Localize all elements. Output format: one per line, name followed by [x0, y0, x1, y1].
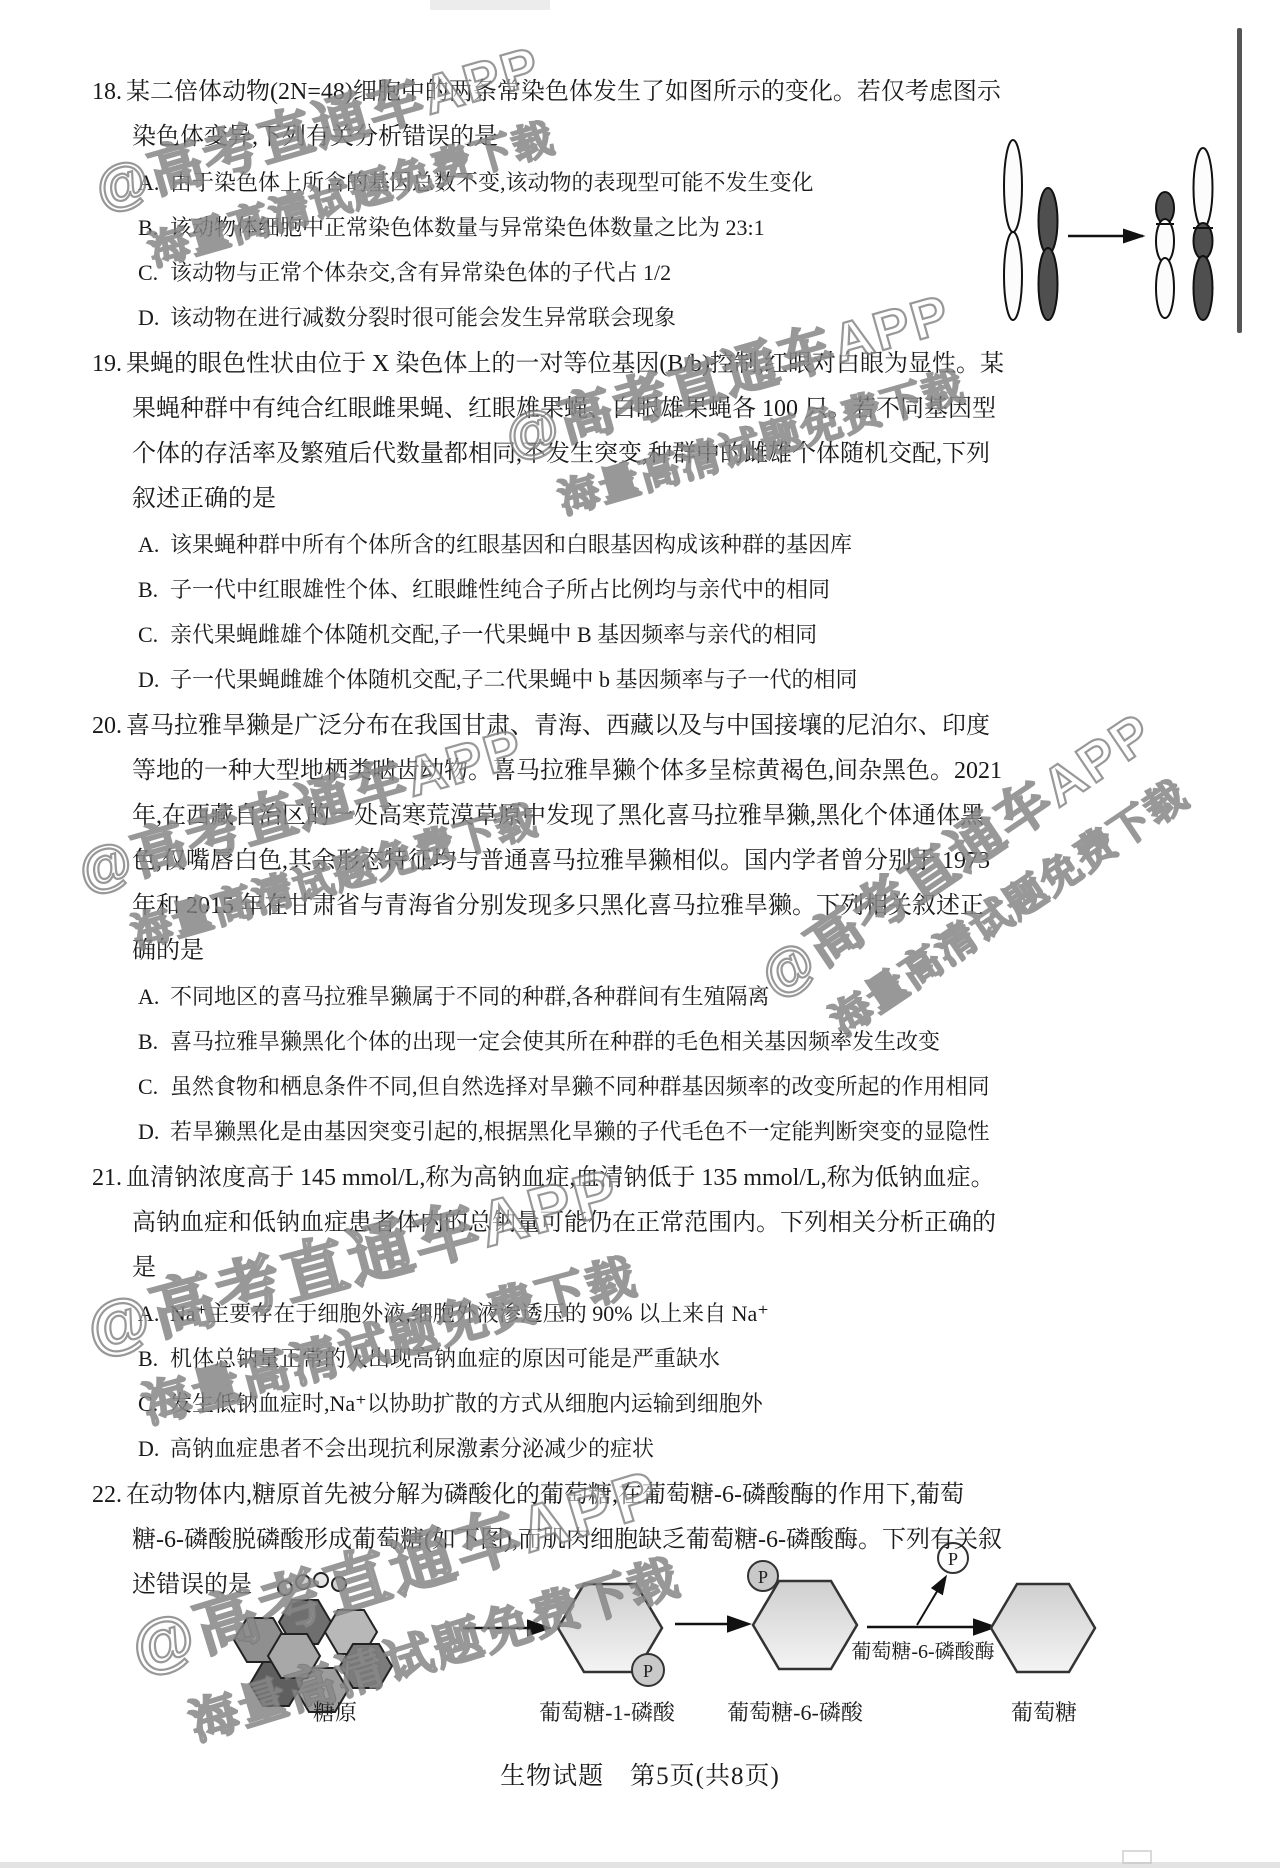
option-label: B.	[138, 205, 158, 250]
option-text: Na⁺主要存在于细胞外液,细胞外液渗透压的 90% 以上来自 Na⁺	[170, 1301, 769, 1326]
question-22: 22.在动物体内,糖原首先被分解为磷酸化的葡萄糖,在葡萄糖-6-磷酸酶的作用下,…	[92, 1473, 1004, 1608]
option-21-a: A.Na⁺主要存在于细胞外液,细胞外液渗透压的 90% 以上来自 Na⁺	[138, 1291, 1004, 1336]
question-stem-text: 在动物体内,糖原首先被分解为磷酸化的葡萄糖,在葡萄糖-6-磷酸酶的作用下,葡萄糖…	[126, 1482, 1002, 1598]
option-label: A.	[138, 974, 159, 1019]
option-19-c: C.亲代果蝇雌雄个体随机交配,子一代果蝇中 B 基因频率与亲代的相同	[138, 612, 1004, 657]
option-label: A.	[138, 1291, 159, 1336]
normal-chromosome-long	[1004, 140, 1022, 320]
option-text: 子一代果蝇雌雄个体随机交配,子二代果蝇中 b 基因频率与子一代的相同	[170, 667, 858, 692]
question-21: 21.血清钠浓度高于 145 mmol/L,称为高钠血症,血清钠低于 135 m…	[92, 1156, 1004, 1471]
question-number: 22.	[92, 1482, 122, 1508]
option-18-a: A.由于染色体上所含的基因总数不变,该动物的表现型可能不发生变化	[138, 160, 830, 205]
glucose-label: 葡萄糖	[1011, 1700, 1077, 1725]
option-18-b: B.该动物体细胞中正常染色体数量与异常染色体数量之比为 23:1	[138, 205, 830, 250]
translocated-chromosome-long	[1193, 148, 1213, 320]
option-label: B.	[138, 1336, 158, 1381]
chromosome-translocation-figure	[993, 136, 1238, 326]
glycogen-label: 糖原	[313, 1700, 357, 1725]
question-21-options: A.Na⁺主要存在于细胞外液,细胞外液渗透压的 90% 以上来自 Na⁺ B.机…	[92, 1291, 1004, 1471]
question-18: 18.某二倍体动物(2N=48)细胞中的两条常染色体发生了如图所示的变化。若仅考…	[92, 70, 1004, 340]
option-label: D.	[138, 1426, 159, 1471]
question-number: 18.	[92, 79, 122, 105]
question-20-stem: 20.喜马拉雅旱獭是广泛分布在我国甘肃、青海、西藏以及与中国接壤的尼泊尔、印度等…	[92, 704, 1004, 974]
option-text: 发生低钠血症时,Na⁺以协助扩散的方式从细胞内运输到细胞外	[170, 1391, 763, 1416]
option-text: 亲代果蝇雌雄个体随机交配,子一代果蝇中 B 基因频率与亲代的相同	[170, 622, 817, 647]
option-text: 若旱獭黑化是由基因突变引起的,根据黑化旱獭的子代毛色不一定能判断突变的显隐性	[170, 1119, 990, 1144]
question-18-stem: 18.某二倍体动物(2N=48)细胞中的两条常染色体发生了如图所示的变化。若仅考…	[92, 70, 1004, 160]
question-stem-text: 喜马拉雅旱獭是广泛分布在我国甘肃、青海、西藏以及与中国接壤的尼泊尔、印度等地的一…	[126, 713, 1002, 964]
option-label: A.	[138, 522, 159, 567]
option-label: C.	[138, 1064, 158, 1109]
option-label: C.	[138, 612, 158, 657]
question-number: 20.	[92, 713, 122, 739]
option-19-a: A.该果蝇种群中所有个体所含的红眼基因和白眼基因构成该种群的基因库	[138, 522, 1004, 567]
option-label: C.	[138, 1381, 158, 1426]
scan-edge-line	[1237, 28, 1242, 333]
question-20: 20.喜马拉雅旱獭是广泛分布在我国甘肃、青海、西藏以及与中国接壤的尼泊尔、印度等…	[92, 704, 1004, 1154]
option-19-d: D.子一代果蝇雌雄个体随机交配,子二代果蝇中 b 基因频率与子一代的相同	[138, 657, 1004, 702]
option-text: 该果蝇种群中所有个体所含的红眼基因和白眼基因构成该种群的基因库	[170, 532, 852, 557]
question-19-options: A.该果蝇种群中所有个体所含的红眼基因和白眼基因构成该种群的基因库 B.子一代中…	[92, 522, 1004, 702]
option-18-c: C.该动物与正常个体杂交,含有异常染色体的子代占 1/2	[138, 250, 830, 295]
glucose-1-phosphate-label: 葡萄糖-1-磷酸	[539, 1700, 676, 1725]
question-20-options: A.不同地区的喜马拉雅旱獭属于不同的种群,各种群间有生殖隔离 B.喜马拉雅旱獭黑…	[92, 974, 1004, 1154]
scan-smudge	[430, 0, 550, 10]
option-label: B.	[138, 567, 158, 612]
page-footer: 生物试题 第5页(共8页)	[0, 1756, 1280, 1792]
option-text: 不同地区的喜马拉雅旱獭属于不同的种群,各种群间有生殖隔离	[170, 984, 770, 1009]
glucose-hexagon	[991, 1584, 1095, 1672]
option-18-d: D.该动物在进行减数分裂时很可能会发生异常联会现象	[138, 295, 830, 340]
exam-page: 18.某二倍体动物(2N=48)细胞中的两条常染色体发生了如图所示的变化。若仅考…	[0, 0, 1280, 1868]
option-label: D.	[138, 1109, 159, 1154]
option-19-b: B.子一代中红眼雄性个体、红眼雌性纯合子所占比例均与亲代中的相同	[138, 567, 1004, 612]
question-22-stem: 22.在动物体内,糖原首先被分解为磷酸化的葡萄糖,在葡萄糖-6-磷酸酶的作用下,…	[92, 1473, 1004, 1608]
option-label: A.	[138, 160, 159, 205]
option-label: B.	[138, 1019, 158, 1064]
question-18-options: A.由于染色体上所含的基因总数不变,该动物的表现型可能不发生变化 B.该动物体细…	[92, 160, 1004, 340]
question-stem-text: 某二倍体动物(2N=48)细胞中的两条常染色体发生了如图所示的变化。若仅考虑图示…	[126, 79, 1001, 150]
option-text: 该动物体细胞中正常染色体数量与异常染色体数量之比为 23:1	[170, 215, 765, 240]
question-21-stem: 21.血清钠浓度高于 145 mmol/L,称为高钠血症,血清钠低于 135 m…	[92, 1156, 1004, 1291]
option-21-c: C.发生低钠血症时,Na⁺以协助扩散的方式从细胞内运输到细胞外	[138, 1381, 1004, 1426]
question-19: 19.果蝇的眼色性状由位于 X 染色体上的一对等位基因(B/b)控制,红眼对白眼…	[92, 342, 1004, 702]
question-number: 21.	[92, 1165, 122, 1191]
option-20-a: A.不同地区的喜马拉雅旱獭属于不同的种群,各种群间有生殖隔离	[138, 974, 1004, 1019]
question-stem-text: 血清钠浓度高于 145 mmol/L,称为高钠血症,血清钠低于 135 mmol…	[126, 1165, 996, 1281]
option-21-d: D.高钠血症患者不会出现抗利尿激素分泌减少的症状	[138, 1426, 1004, 1471]
option-text: 子一代中红眼雄性个体、红眼雌性纯合子所占比例均与亲代中的相同	[170, 577, 830, 602]
option-text: 高钠血症患者不会出现抗利尿激素分泌减少的症状	[170, 1436, 654, 1461]
translocated-chromosome-short	[1156, 192, 1174, 318]
option-text: 虽然食物和栖息条件不同,但自然选择对旱獭不同种群基因频率的改变所起的作用相同	[170, 1074, 990, 1099]
question-list: 18.某二倍体动物(2N=48)细胞中的两条常染色体发生了如图所示的变化。若仅考…	[92, 70, 1004, 1610]
option-label: D.	[138, 295, 159, 340]
option-text: 该动物在进行减数分裂时很可能会发生异常联会现象	[170, 305, 676, 330]
scan-bottom-edge	[0, 1862, 1280, 1868]
option-21-b: B.机体总钠量正常的人出现高钠血症的原因可能是严重缺水	[138, 1336, 1004, 1381]
option-label: D.	[138, 657, 159, 702]
option-text: 由于染色体上所含的基因总数不变,该动物的表现型可能不发生变化	[170, 170, 814, 195]
option-20-d: D.若旱獭黑化是由基因突变引起的,根据黑化旱獭的子代毛色不一定能判断突变的显隐性	[138, 1109, 1004, 1154]
glucose-6-phosphate-label: 葡萄糖-6-磷酸	[727, 1700, 864, 1725]
enzyme-label: 葡萄糖-6-磷酸酶	[851, 1640, 994, 1663]
scan-corner-mark	[1122, 1850, 1152, 1864]
phosphate-p-icon: P	[643, 1661, 653, 1681]
option-text: 喜马拉雅旱獭黑化个体的出现一定会使其所在种群的毛色相关基因频率发生改变	[170, 1029, 940, 1054]
option-20-c: C.虽然食物和栖息条件不同,但自然选择对旱獭不同种群基因频率的改变所起的作用相同	[138, 1064, 1004, 1109]
option-text: 机体总钠量正常的人出现高钠血症的原因可能是严重缺水	[170, 1346, 720, 1371]
question-number: 19.	[92, 351, 122, 377]
option-20-b: B.喜马拉雅旱獭黑化个体的出现一定会使其所在种群的毛色相关基因频率发生改变	[138, 1019, 1004, 1064]
question-stem-text: 果蝇的眼色性状由位于 X 染色体上的一对等位基因(B/b)控制,红眼对白眼为显性…	[126, 351, 1004, 512]
normal-chromosome-short	[1039, 188, 1058, 320]
option-label: C.	[138, 250, 158, 295]
option-text: 该动物与正常个体杂交,含有异常染色体的子代占 1/2	[170, 260, 671, 285]
question-19-stem: 19.果蝇的眼色性状由位于 X 染色体上的一对等位基因(B/b)控制,红眼对白眼…	[92, 342, 1004, 522]
